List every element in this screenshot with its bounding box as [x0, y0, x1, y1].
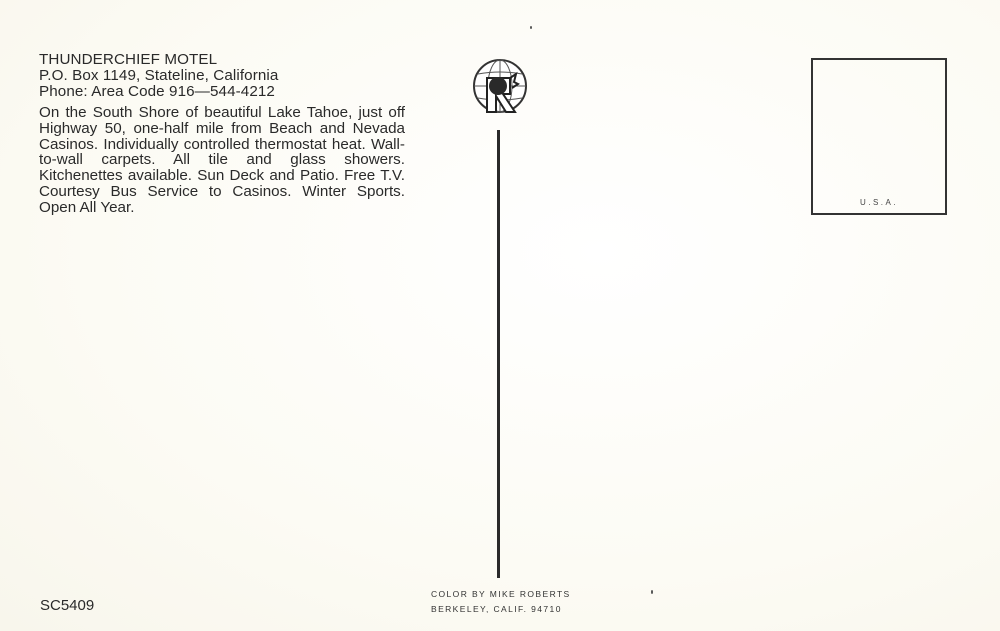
motel-info: THUNDERCHIEF MOTEL P.O. Box 1149, Statel… [39, 52, 409, 216]
stamp-box: U.S.A. [811, 58, 947, 215]
globe-r-logo-icon [470, 58, 530, 118]
credit-line-1: COLOR BY MIKE ROBERTS [431, 587, 571, 602]
motel-description: On the South Shore of beautiful Lake Tah… [39, 105, 405, 216]
motel-phone: Phone: Area Code 916—544-4212 [39, 84, 409, 100]
ink-speck [530, 26, 532, 29]
postcard-back: THUNDERCHIEF MOTEL P.O. Box 1149, Statel… [0, 0, 1000, 631]
center-divider [497, 130, 500, 578]
card-code: SC5409 [40, 597, 94, 614]
stamp-box-label: U.S.A. [813, 198, 945, 207]
ink-speck [651, 590, 653, 594]
motel-header: THUNDERCHIEF MOTEL P.O. Box 1149, Statel… [39, 52, 409, 100]
printer-credits: COLOR BY MIKE ROBERTS BERKELEY, CALIF. 9… [431, 587, 571, 617]
motel-address: P.O. Box 1149, Stateline, California [39, 68, 409, 84]
motel-name: THUNDERCHIEF MOTEL [39, 52, 409, 68]
credit-line-2: BERKELEY, CALIF. 94710 [431, 602, 571, 617]
